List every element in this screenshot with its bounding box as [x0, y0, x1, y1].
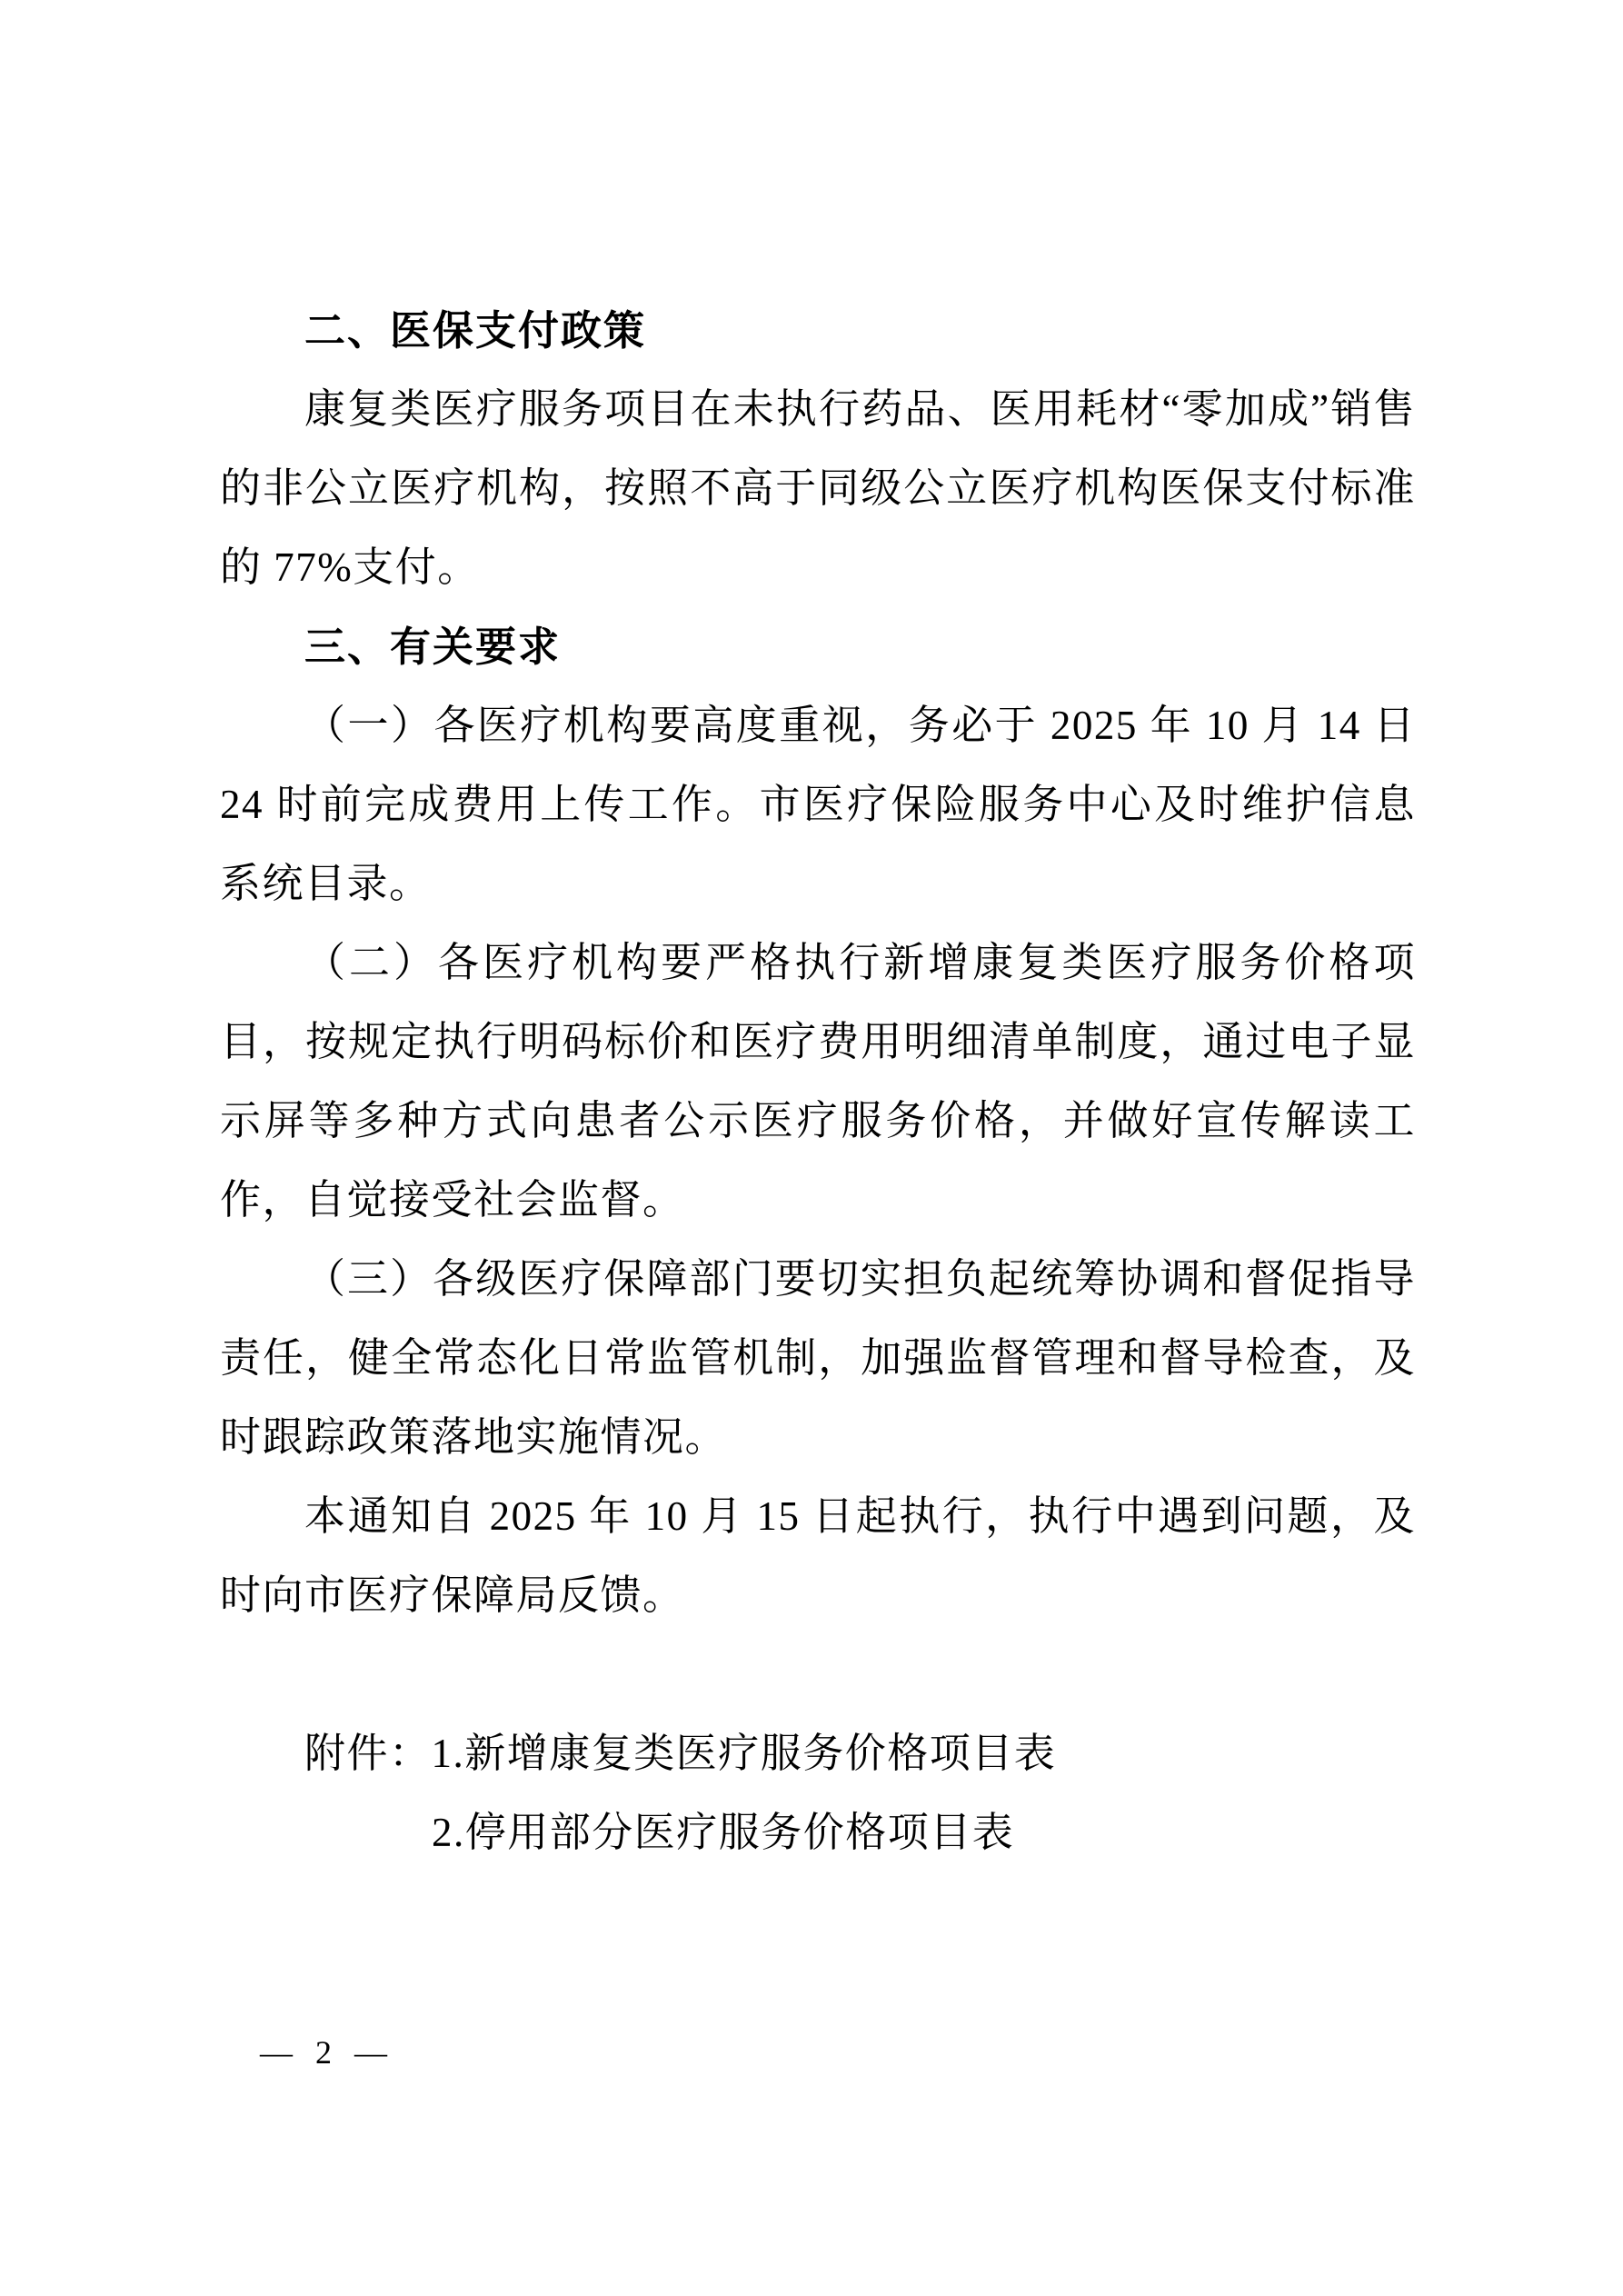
page-number: — 2 —: [260, 2034, 389, 2071]
section-heading-payment-policy: 二、医保支付政策: [220, 291, 1416, 370]
document-body: 二、医保支付政策 康复类医疗服务项目在未执行药品、医用耗材“零加成”销售的非公立…: [220, 291, 1416, 1872]
requirement-item-1: （一）各医疗机构要高度重视，务必于 2025 年 10 月 14 日 24 时前…: [220, 686, 1416, 923]
attachment-item-1: 1.新增康复类医疗服务价格项目表: [432, 1731, 1057, 1776]
requirement-item-2: （二）各医疗机构要严格执行新增康复类医疗服务价格项目，按规定执行明码标价和医疗费…: [220, 923, 1416, 1240]
attachments-label: 附件：: [304, 1731, 432, 1776]
attachment-item-2: 2.停用部分医疗服务价格项目表: [220, 1793, 1416, 1872]
document-page: 二、医保支付政策 康复类医疗服务项目在未执行药品、医用耗材“零加成”销售的非公立…: [0, 0, 1623, 2296]
attachments-block: 附件：1.新增康复类医疗服务价格项目表 2.停用部分医疗服务价格项目表: [220, 1714, 1416, 1872]
paragraph-payment-policy: 康复类医疗服务项目在未执行药品、医用耗材“零加成”销售的非公立医疗机构，按照不高…: [220, 370, 1416, 607]
attachment-line-1: 附件：1.新增康复类医疗服务价格项目表: [220, 1714, 1416, 1793]
section-heading-requirements: 三、有关要求: [220, 607, 1416, 686]
requirement-item-3: （三）各级医疗保障部门要切实担负起统筹协调和督促指导责任，健全常态化日常监管机制…: [220, 1240, 1416, 1477]
closing-paragraph: 本通知自 2025 年 10 月 15 日起执行，执行中遇到问题，及时向市医疗保…: [220, 1477, 1416, 1635]
